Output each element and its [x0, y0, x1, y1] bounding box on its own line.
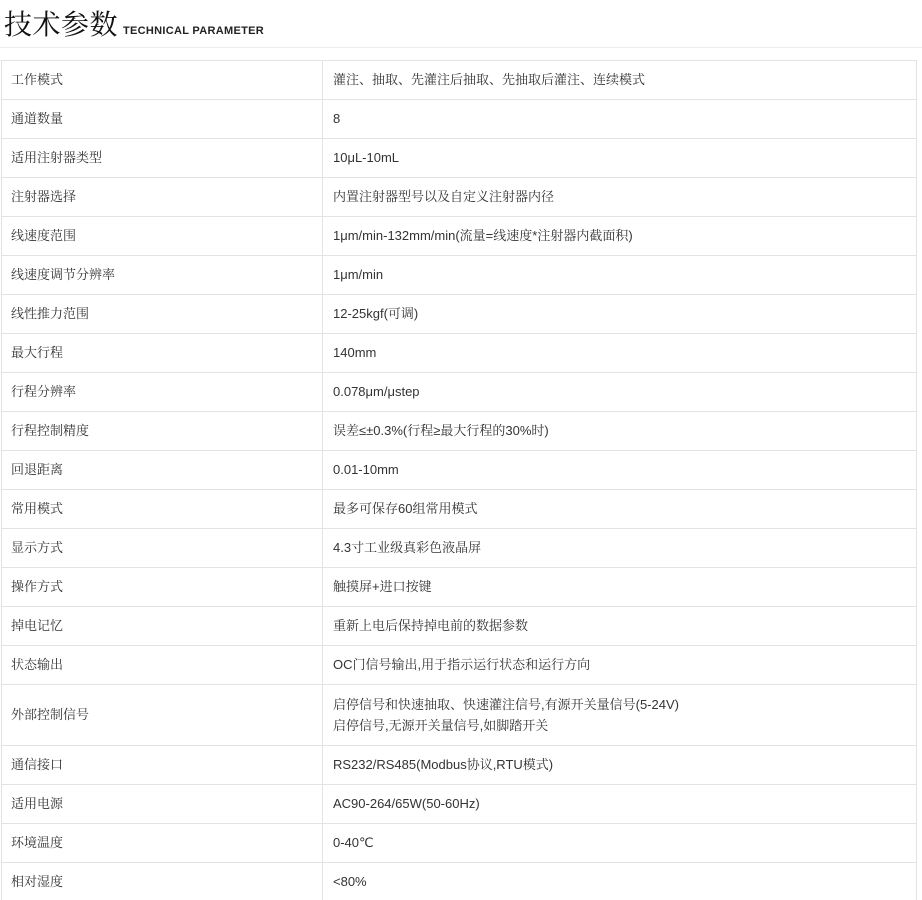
table-row: 行程分辨率0.078μm/μstep	[2, 373, 917, 412]
param-label-cell: 外部控制信号	[2, 685, 323, 746]
table-row: 环境温度0-40℃	[2, 824, 917, 863]
table-row: 线速度调节分辨率1μm/min	[2, 256, 917, 295]
param-label-cell: 操作方式	[2, 568, 323, 607]
param-value-cell: RS232/RS485(Modbus协议,RTU模式)	[323, 746, 917, 785]
param-label-cell: 显示方式	[2, 529, 323, 568]
param-label-cell: 行程分辨率	[2, 373, 323, 412]
table-row: 通信接口RS232/RS485(Modbus协议,RTU模式)	[2, 746, 917, 785]
table-row: 线速度范围1μm/min-132mm/min(流量=线速度*注射器内截面积)	[2, 217, 917, 256]
param-label-cell: 相对湿度	[2, 863, 323, 900]
param-value-cell: 灌注、抽取、先灌注后抽取、先抽取后灌注、连续模式	[323, 61, 917, 100]
param-value-cell: 8	[323, 100, 917, 139]
table-row: 操作方式触摸屏+进口按键	[2, 568, 917, 607]
param-value-cell: <80%	[323, 863, 917, 900]
technical-parameters-table: 工作模式灌注、抽取、先灌注后抽取、先抽取后灌注、连续模式通道数量8适用注射器类型…	[1, 60, 917, 900]
table-row: 状态输出OC门信号输出,用于指示运行状态和运行方向	[2, 646, 917, 685]
technical-parameters-table-body: 工作模式灌注、抽取、先灌注后抽取、先抽取后灌注、连续模式通道数量8适用注射器类型…	[2, 61, 917, 900]
param-value-cell: 1μm/min	[323, 256, 917, 295]
param-label-cell: 最大行程	[2, 334, 323, 373]
param-label-cell: 常用模式	[2, 490, 323, 529]
table-row: 工作模式灌注、抽取、先灌注后抽取、先抽取后灌注、连续模式	[2, 61, 917, 100]
table-row: 显示方式4.3寸工业级真彩色液晶屏	[2, 529, 917, 568]
table-row: 外部控制信号启停信号和快速抽取、快速灌注信号,有源开关量信号(5-24V) 启停…	[2, 685, 917, 746]
param-value-cell: 0-40℃	[323, 824, 917, 863]
param-value-cell: 10μL-10mL	[323, 139, 917, 178]
param-label-cell: 回退距离	[2, 451, 323, 490]
page-title-en: TECHNICAL PARAMETER	[123, 25, 264, 37]
table-row: 相对湿度<80%	[2, 863, 917, 900]
table-row: 注射器选择内置注射器型号以及自定义注射器内径	[2, 178, 917, 217]
param-label-cell: 适用注射器类型	[2, 139, 323, 178]
param-value-cell: 最多可保存60组常用模式	[323, 490, 917, 529]
param-value-cell: 误差≤±0.3%(行程≥最大行程的30%时)	[323, 412, 917, 451]
table-row: 通道数量8	[2, 100, 917, 139]
table-row: 回退距离0.01-10mm	[2, 451, 917, 490]
param-value-cell: 0.078μm/μstep	[323, 373, 917, 412]
param-value-cell: 启停信号和快速抽取、快速灌注信号,有源开关量信号(5-24V) 启停信号,无源开…	[323, 685, 917, 746]
table-row: 最大行程140mm	[2, 334, 917, 373]
section-header: 技术参数 TECHNICAL PARAMETER	[0, 0, 922, 48]
param-value-cell: 重新上电后保持掉电前的数据参数	[323, 607, 917, 646]
param-value-cell: OC门信号输出,用于指示运行状态和运行方向	[323, 646, 917, 685]
table-row: 线性推力范围12-25kgf(可调)	[2, 295, 917, 334]
param-label-cell: 环境温度	[2, 824, 323, 863]
page-title-zh: 技术参数	[4, 3, 118, 43]
param-label-cell: 注射器选择	[2, 178, 323, 217]
param-label-cell: 工作模式	[2, 61, 323, 100]
param-label-cell: 线性推力范围	[2, 295, 323, 334]
param-value-cell: 140mm	[323, 334, 917, 373]
param-label-cell: 掉电记忆	[2, 607, 323, 646]
param-value-cell: 4.3寸工业级真彩色液晶屏	[323, 529, 917, 568]
param-label-cell: 通信接口	[2, 746, 323, 785]
table-row: 掉电记忆重新上电后保持掉电前的数据参数	[2, 607, 917, 646]
table-row: 适用注射器类型10μL-10mL	[2, 139, 917, 178]
table-row: 常用模式最多可保存60组常用模式	[2, 490, 917, 529]
param-value-cell: 0.01-10mm	[323, 451, 917, 490]
param-label-cell: 线速度调节分辨率	[2, 256, 323, 295]
page-title: 技术参数 TECHNICAL PARAMETER	[4, 3, 264, 43]
param-label-cell: 行程控制精度	[2, 412, 323, 451]
param-value-cell: 内置注射器型号以及自定义注射器内径	[323, 178, 917, 217]
param-value-cell: AC90-264/65W(50-60Hz)	[323, 785, 917, 824]
table-row: 适用电源AC90-264/65W(50-60Hz)	[2, 785, 917, 824]
spec-page: 技术参数 TECHNICAL PARAMETER 工作模式灌注、抽取、先灌注后抽…	[0, 0, 922, 900]
param-label-cell: 通道数量	[2, 100, 323, 139]
param-label-cell: 线速度范围	[2, 217, 323, 256]
table-row: 行程控制精度误差≤±0.3%(行程≥最大行程的30%时)	[2, 412, 917, 451]
param-label-cell: 适用电源	[2, 785, 323, 824]
param-value-cell: 触摸屏+进口按键	[323, 568, 917, 607]
param-value-cell: 12-25kgf(可调)	[323, 295, 917, 334]
param-label-cell: 状态输出	[2, 646, 323, 685]
param-value-cell: 1μm/min-132mm/min(流量=线速度*注射器内截面积)	[323, 217, 917, 256]
